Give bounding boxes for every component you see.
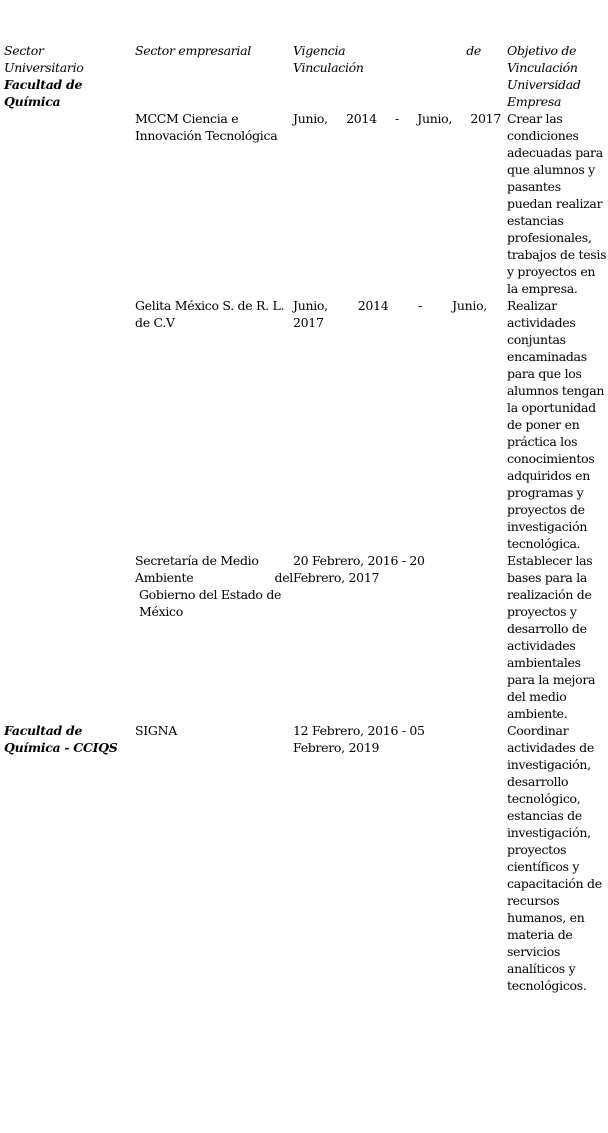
cell-sector-universitario xyxy=(4,297,135,552)
table-row: Gelita México S. de R. L. de C.V Junio, … xyxy=(4,297,608,552)
sector-empresarial-line2a: Ambiente xyxy=(135,569,193,586)
cell-sector-universitario: Facultad de Química - CCIQS xyxy=(4,722,135,994)
cell-vigencia: Junio, 2014 - Junio, 2017 xyxy=(293,297,507,552)
vigencia-text-line1: Junio, 2014 - Junio, xyxy=(293,297,501,314)
cell-sector-empresarial: Secretaría de Medio Ambiente del Gobiern… xyxy=(135,552,293,722)
cell-objetivo: Establecer las bases para la realización… xyxy=(507,552,608,722)
table-row: Facultad de Química - CCIQS SIGNA 12 Feb… xyxy=(4,722,608,994)
cell-sector-empresarial: SIGNA xyxy=(135,722,293,994)
header-vinculacion-word: Vinculación xyxy=(293,59,501,76)
cell-sector-empresarial: Gelita México S. de R. L. de C.V xyxy=(135,297,293,552)
vigencia-text: Junio, 2014 - Junio, 2017 xyxy=(293,110,501,127)
vinculacion-table: Sector Universitario Facultad de Química… xyxy=(4,42,608,994)
header-vigencia-word: Vigencia xyxy=(293,42,345,59)
table-row: MCCM Ciencia e Innovación Tecnológica Ju… xyxy=(4,110,608,297)
header-de-word: de xyxy=(466,42,481,59)
cell-objetivo: Coordinar actividades de investigación, … xyxy=(507,722,608,994)
cell-objetivo: Crear las condiciones adecuadas para que… xyxy=(507,110,608,297)
faculty-name: Facultad de Química xyxy=(4,76,135,110)
cell-objetivo: Realizar actividades conjuntas encaminad… xyxy=(507,297,608,552)
header-sector-label: Sector xyxy=(4,42,135,59)
sector-empresarial-line3: Gobierno del Estado de México xyxy=(135,586,293,620)
table-row: Secretaría de Medio Ambiente del Gobiern… xyxy=(4,552,608,722)
cell-sector-universitario xyxy=(4,552,135,722)
cell-vigencia: 20 Febrero, 2016 - 20 Febrero, 2017 xyxy=(293,552,507,722)
vigencia-text-line2: 2017 xyxy=(293,314,501,331)
cell-sector-universitario xyxy=(4,110,135,297)
header-vigencia: Vigencia de Vinculación xyxy=(293,42,507,110)
cell-vigencia: Junio, 2014 - Junio, 2017 xyxy=(293,110,507,297)
cell-vigencia: 12 Febrero, 2016 - 05 Febrero, 2019 xyxy=(293,722,507,994)
sector-empresarial-line2b: del xyxy=(275,569,294,586)
header-universitario-label: Universitario xyxy=(4,59,135,76)
table-header-row: Sector Universitario Facultad de Química… xyxy=(4,42,608,110)
header-objetivo: Objetivo de Vinculación Universidad Empr… xyxy=(507,42,608,110)
header-sector-universitario: Sector Universitario Facultad de Química xyxy=(4,42,135,110)
header-sector-empresarial: Sector empresarial xyxy=(135,42,293,110)
cell-sector-empresarial: MCCM Ciencia e Innovación Tecnológica xyxy=(135,110,293,297)
sector-empresarial-line1: Secretaría de Medio xyxy=(135,552,293,569)
